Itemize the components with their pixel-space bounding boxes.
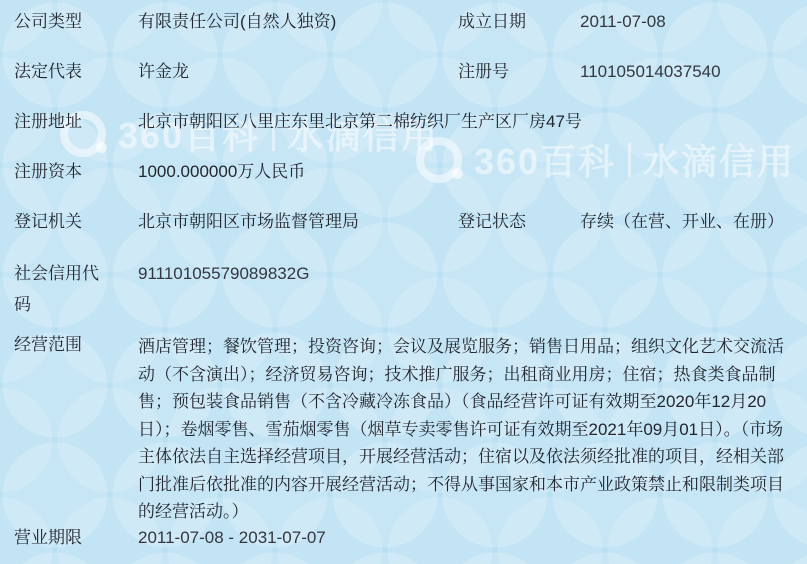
field-value-company-type: 有限责任公司(自然人独资)	[138, 10, 336, 34]
field-label-company-type: 公司类型	[14, 10, 126, 34]
field-label-establish-date: 成立日期	[458, 10, 570, 34]
field-value-reg-address: 北京市朝阳区八里庄东里北京第二棉纺织厂生产区厂房47号	[138, 110, 698, 134]
field-value-reg-capital: 1000.000000万人民币	[138, 160, 305, 184]
field-label-reg-capital: 注册资本	[14, 160, 126, 184]
field-label-legal-rep: 法定代表	[14, 60, 126, 84]
field-value-legal-rep: 许金龙	[138, 60, 189, 84]
field-label-reg-number: 注册号	[458, 60, 570, 84]
field-value-reg-authority: 北京市朝阳区市场监督管理局	[138, 210, 359, 234]
field-value-reg-number: 110105014037540	[580, 60, 721, 84]
field-value-business-term: 2011-07-08 - 2031-07-07	[138, 526, 326, 550]
field-value-credit-code: 91110105579089832G	[138, 258, 309, 289]
field-value-reg-status: 存续（在营、开业、在册）	[580, 210, 784, 234]
field-label-credit-code: 社会信用代码	[14, 258, 109, 320]
field-label-business-term: 营业期限	[14, 526, 126, 550]
field-label-reg-address: 注册地址	[14, 110, 126, 134]
field-value-establish-date: 2011-07-08	[580, 10, 666, 34]
field-label-reg-authority: 登记机关	[14, 210, 126, 234]
field-label-business-scope: 经营范围	[14, 333, 126, 357]
company-info-sheet: 公司类型 有限责任公司(自然人独资) 成立日期 2011-07-08 法定代表 …	[0, 0, 807, 564]
field-label-reg-status: 登记状态	[458, 210, 570, 234]
field-value-business-scope: 酒店管理；餐饮管理；投资咨询；会议及展览服务；销售日用品；组织文化艺术交流活动（…	[138, 333, 796, 526]
